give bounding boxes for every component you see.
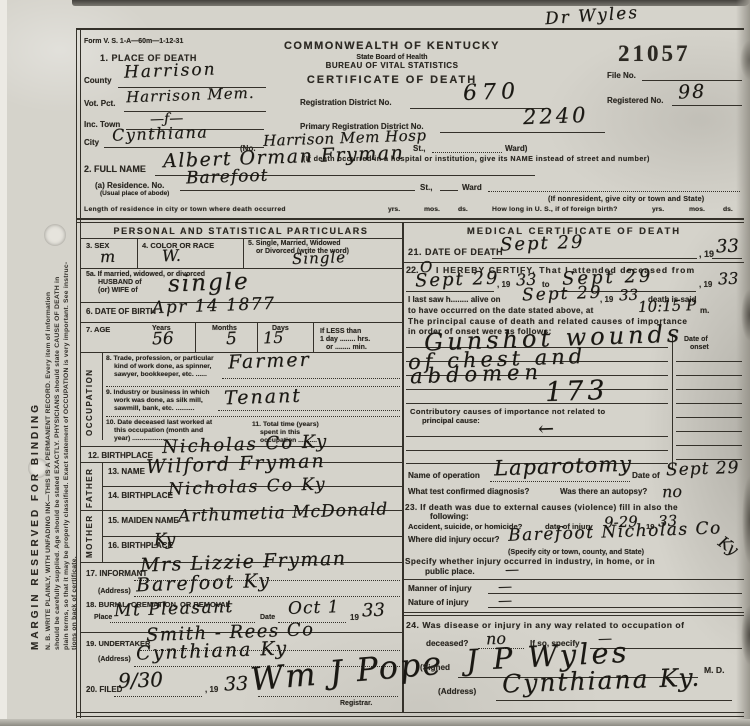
occurred-label: to have occurred on the date stated abov… (408, 307, 594, 315)
less-than-label2: 1 day ........ hrs. (320, 336, 370, 343)
rule (114, 696, 202, 697)
signed-label: (Signed (420, 664, 450, 673)
rule (676, 445, 742, 446)
to-year-printed: , 19 (699, 281, 712, 289)
lastsaw-year-value: 33 (619, 288, 639, 304)
burial-year-value: 33 (362, 602, 386, 621)
physician-address-label: (Address) (438, 688, 476, 697)
rule (492, 258, 697, 259)
rule (406, 389, 668, 390)
cause-of-death-line3: abdomen (410, 362, 544, 388)
informant-address-label: (Address) (98, 588, 131, 595)
trade-label3: sawyer, bookkeeper, etc. ...... (114, 371, 207, 378)
color-race-value: W. (162, 248, 181, 265)
residence-value: Barefoot (186, 168, 269, 188)
operation-date-label: Date of (632, 472, 660, 481)
rule (488, 191, 740, 192)
certificate-number-stamp: 21057 (618, 42, 691, 66)
physician-address-value: Cynthiana Ky. (502, 665, 702, 697)
cell-border (313, 322, 314, 352)
rule (676, 361, 742, 362)
marital-label: 5. Single, Married, Widowed (248, 240, 341, 247)
accident-label: Accident, suicide, or homicide? (408, 523, 522, 531)
rule (404, 612, 744, 613)
form-border-top (76, 28, 744, 30)
dob-label: 6. DATE OF BIRTH (86, 308, 156, 316)
form-border-left-inner (80, 28, 81, 718)
margin-note-line: plain terms, so that it may be properly … (63, 196, 72, 650)
rule (404, 579, 744, 580)
date-of-onset-label2: onset (690, 344, 709, 351)
pen-annotation: Dr Wyles (545, 5, 640, 29)
marital-value: Single (292, 250, 347, 267)
specify-injury-label2: public place. (425, 568, 475, 577)
rule (488, 607, 742, 608)
registered-no-label: Registered No. (607, 97, 663, 105)
rule (218, 410, 400, 411)
age-days-value: 15 (263, 330, 284, 347)
father-side-label: FATHER (86, 466, 94, 508)
cell-border (195, 322, 196, 352)
less-than-label: If LESS than (320, 328, 361, 335)
mos-label: mos. (689, 206, 705, 213)
rule (676, 375, 742, 376)
rule (222, 378, 400, 379)
where-injury-value: Barefoot Nicholas Co (508, 520, 722, 544)
form-code: Form V. S. 1-A—60m—1-12-31 (84, 38, 183, 45)
married-to-value: single (168, 271, 250, 297)
margin-note-line: should be carefully supplied. Age should… (54, 196, 63, 650)
rule (712, 258, 742, 259)
form-border-bottom-inner (76, 716, 744, 717)
undertaker-address-label: (Address) (98, 656, 131, 663)
where-injury-label: Where did injury occur? (408, 536, 500, 544)
rule (124, 111, 266, 112)
trade-value: Farmer (228, 351, 311, 373)
precinct-value: Harrison Mem. (126, 86, 255, 105)
length-residence-label: Length of residence in city or town wher… (84, 206, 286, 213)
deceased-label: deceased? (426, 640, 468, 649)
rule (488, 593, 742, 594)
rule (180, 190, 415, 191)
city-label: City (84, 139, 99, 147)
industry-label: 9. Industry or business in which (106, 389, 209, 396)
father-birthplace-value: Nicholas Co Ky (168, 476, 327, 499)
trade-label2: kind of work done, as spinner, (114, 363, 211, 370)
rule (440, 190, 458, 191)
registered-no-value: 98 (678, 83, 707, 103)
total-time-label: 11. Total time (years) (252, 421, 319, 428)
maiden-name-value: Arthumetia McDonald (178, 501, 389, 525)
header-separator-inner (76, 222, 744, 223)
registration-district-label: Registration District No. (300, 99, 392, 107)
specify-injury-label: Specify whether injury occurred in indus… (405, 558, 655, 567)
precinct-label: Vot. Pct. (84, 100, 115, 108)
form-border-left (76, 28, 77, 718)
dob-value: Apr 14 1877 (152, 296, 276, 317)
residence-st-label: St., (420, 184, 432, 192)
burial-year-printed: 19 (350, 614, 359, 622)
yrs-label: yrs. (388, 206, 400, 213)
rule (406, 403, 668, 404)
specify-place-note: (Specify city or town, county, and State… (508, 548, 644, 556)
occupation-side-label: OCCUPATION (86, 356, 94, 436)
occupation-question-label: 24. Was disease or injury in any way rel… (406, 621, 685, 630)
street-label: St., (413, 145, 425, 153)
operation-label: Name of operation (408, 472, 480, 481)
rule (490, 481, 630, 482)
father-birthplace-label: 14. BIRTHPLACE (108, 492, 173, 500)
autopsy-label: Was there an autopsy? (560, 488, 647, 496)
rule (406, 436, 668, 437)
onset-column-border (672, 334, 673, 470)
cell-border (137, 238, 138, 268)
rule (676, 403, 742, 404)
burial-date-value: Oct 1 (288, 599, 340, 618)
rule (676, 389, 742, 390)
scan-bottom-edge (0, 719, 750, 726)
last-worked-label2: this occupation (month and (114, 427, 203, 434)
industry-label2: work was done, as silk mill, (114, 397, 203, 404)
trade-label: 8. Trade, profession, or particular (106, 355, 214, 362)
filed-label: 20. FILED (86, 686, 122, 694)
rule (106, 416, 400, 417)
scan-top-edge (72, 0, 750, 6)
filed-year-value: 33 (224, 675, 249, 695)
md-label: M. D. (704, 666, 725, 675)
cell-border (102, 352, 103, 440)
rule (80, 322, 402, 323)
filed-date-value: 9/30 (118, 669, 164, 691)
operation-value: Laparotomy (494, 454, 633, 480)
mos-label: mos. (424, 206, 440, 213)
binding-margin-title: MARGIN RESERVED FOR BINDING (30, 196, 41, 650)
attended-from-value: Sept 29 (415, 270, 500, 291)
binding-margin: MARGIN RESERVED FOR BINDING N. B. WRITE … (30, 196, 80, 650)
city-value: Cynthiana (112, 124, 209, 143)
date-of-death-value: Sept 29 (500, 234, 585, 255)
file-no-label: File No. (607, 72, 636, 80)
registration-district-value: 670 (463, 81, 521, 105)
wife-of-label: (or) WIFE of (98, 287, 138, 294)
m-label: m. (700, 307, 709, 315)
rule (676, 431, 742, 432)
nature-of-injury-label: Nature of injury (408, 599, 469, 608)
rule (134, 596, 400, 597)
lastsaw-year-printed: , 19 (600, 296, 613, 304)
rule (258, 696, 398, 697)
mother-side-label: MOTHER (86, 514, 94, 558)
last-saw-value: Sept 29 (522, 285, 603, 305)
rule (406, 291, 494, 292)
age-months-value: 5 (226, 331, 237, 348)
howlong-label: How long in U. S., if of foreign birth? (492, 206, 618, 213)
ward-label: Ward) (505, 145, 527, 153)
test-label: What test confirmed diagnosis? (408, 488, 529, 496)
maiden-name-label: 15. MAIDEN NAME (108, 517, 179, 525)
father-name-label: 13. NAME (108, 468, 145, 476)
yrs-label: yrs. (652, 206, 664, 213)
abode-note: (Usual place of abode) (100, 191, 169, 198)
death-certificate-scan: MARGIN RESERVED FOR BINDING N. B. WRITE … (0, 0, 750, 726)
rule (496, 700, 732, 701)
filed-year-printed: , 19 (205, 686, 218, 694)
contributory-label: Contributory causes of importance not re… (410, 408, 606, 416)
from-year-printed: , 19 (497, 281, 510, 289)
external-causes-label2: following: (430, 513, 469, 522)
age-years-value: 56 (152, 331, 174, 349)
residence-ward-label: Ward (462, 184, 482, 192)
date-of-onset-label: Date of (684, 336, 708, 343)
industry-value: Tenant (224, 387, 303, 409)
cell-border (243, 238, 244, 268)
contributory-label2: principal cause: (422, 417, 480, 425)
primary-district-value: 2240 (523, 105, 589, 128)
operation-date-value: Sept 29 (666, 460, 740, 480)
scan-right-edge (736, 0, 750, 726)
form-border-bottom (76, 712, 744, 713)
rule (404, 615, 744, 616)
rule (80, 238, 402, 239)
scan-left-strip (0, 0, 7, 726)
specify-pen-mark: — (505, 563, 519, 577)
header-separator (76, 218, 744, 220)
margin-note-line: N. B. WRITE PLAINLY, WITH UNFADING INK—T… (45, 196, 54, 650)
husband-of-label: HUSBAND of (98, 279, 142, 286)
burial-place-label: Place (94, 614, 112, 621)
rule (102, 536, 402, 537)
rule (432, 152, 502, 153)
autopsy-value: no (662, 484, 682, 501)
rule (676, 417, 742, 418)
full-name-label: 2. FULL NAME (84, 165, 146, 174)
less-than-label3: or ........ min. (326, 344, 367, 351)
registrar-label: Registrar. (340, 700, 372, 707)
rule (440, 132, 605, 133)
date-of-death-label: 21. DATE OF DEATH (408, 248, 503, 257)
nonresident-note: (If nonresident, give city or town and S… (548, 195, 704, 203)
sex-value: m (100, 249, 116, 266)
bureau-subtitle: BUREAU OF VITAL STATISTICS (262, 62, 522, 70)
cell-border (257, 322, 258, 352)
last-saw-label: I last saw h........ alive on (408, 296, 500, 304)
manner-of-injury-label: Manner of injury (408, 585, 472, 594)
dod-year-value: 33 (716, 238, 740, 257)
ds-label: ds. (458, 206, 468, 213)
industry-label3: sawmill, bank, etc. .......... (114, 405, 194, 412)
age-label: 7. AGE (86, 326, 110, 334)
burial-place-value: Mt Pleasant (114, 599, 234, 620)
county-value: Harrison (124, 61, 217, 81)
column-divider (402, 222, 404, 712)
informant-address-value: Barefoot Ky (136, 572, 272, 596)
birthplace-label: 12. BIRTHPLACE (88, 452, 153, 460)
cause-code-value: 173 (545, 377, 609, 406)
personal-section-title: PERSONAL AND STATISTICAL PARTICULARS (80, 227, 402, 236)
father-name-value: Wilford Fryman (146, 452, 326, 477)
commonwealth-title: COMMONWEALTH OF KENTUCKY (262, 41, 522, 53)
rule (404, 262, 744, 263)
mother-birthplace-value: Ky (154, 532, 176, 550)
last-worked-label: 10. Date deceased last worked at (106, 419, 212, 426)
time-of-death-value: 10:15 P (638, 298, 697, 315)
county-label: County (84, 77, 112, 85)
to-year-value: 33 (718, 271, 739, 288)
ds-label: ds. (723, 206, 733, 213)
rule (672, 105, 742, 106)
